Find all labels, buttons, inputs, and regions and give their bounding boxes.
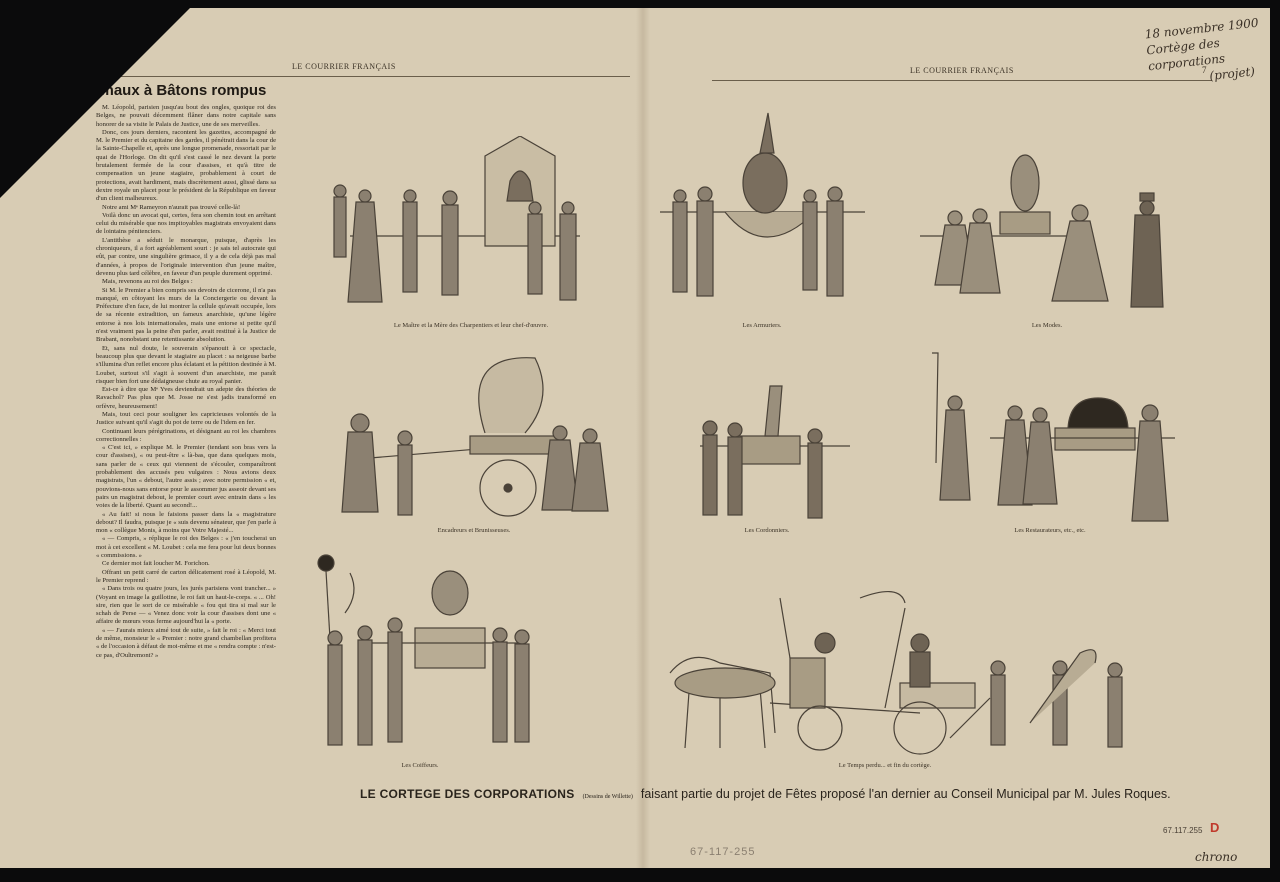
article-paragraph: Continuant leurs pérégrinations, et dési… bbox=[96, 428, 276, 445]
banner-title: LE CORTEGE DES CORPORATIONS bbox=[360, 787, 575, 801]
boot-procession-icon bbox=[690, 378, 860, 528]
article-paragraph: Notre ami Mᵉ Rameyron n'aurait pas trouv… bbox=[96, 204, 276, 212]
handwritten-note-bottom: chrono bbox=[1195, 850, 1237, 864]
armor-procession-icon bbox=[655, 108, 875, 308]
red-mark: D bbox=[1210, 820, 1219, 835]
newspaper-spread: LE COURRIER FRANÇAIS LE COURRIER FRANÇAI… bbox=[0, 8, 1270, 868]
hairdresser-procession-icon bbox=[310, 553, 540, 758]
torn-corner bbox=[0, 8, 190, 198]
article-paragraph: « — J'aurais mieux aimé tout de suite, »… bbox=[96, 627, 276, 660]
frame-cart-icon bbox=[310, 348, 620, 523]
right-page-header: LE COURRIER FRANÇAIS bbox=[910, 66, 1014, 75]
pencil-inventory-number: 67-117-255 bbox=[690, 846, 755, 858]
left-page-header: LE COURRIER FRANÇAIS bbox=[292, 62, 396, 71]
article-paragraph: Est-ce à dire que Mᵉ Yves deviendrait un… bbox=[96, 386, 276, 411]
caption-fashion: Les Modes. bbox=[1032, 322, 1062, 329]
bell-procession-icon bbox=[310, 136, 610, 316]
article-paragraph: Ce dernier mot fait loucher M. Forichon. bbox=[96, 560, 276, 568]
cortege-banner: LE CORTEGE DES CORPORATIONS (Dessins de … bbox=[360, 785, 1171, 803]
caption-restaurateurs: Les Restaurateurs, etc., etc. bbox=[1014, 527, 1085, 534]
right-header-rule bbox=[712, 80, 1212, 81]
caption-time-lost: Le Temps perdu... et fin du cortège. bbox=[839, 762, 932, 769]
inventory-stamp: 67.117.255 bbox=[1163, 826, 1202, 835]
caption-armorers: Les Armuriers. bbox=[743, 322, 782, 329]
article-paragraph: « Au fait! si nous le faisions passer da… bbox=[96, 511, 276, 536]
article-paragraph: Si M. le Premier a bien compris ses devo… bbox=[96, 287, 276, 345]
article-paragraph: « — Compris, » réplique le roi des Belge… bbox=[96, 535, 276, 560]
caption-carpenters: Le Maître et la Mère des Charpentiers et… bbox=[394, 322, 548, 329]
handwritten-note-top: 18 novembre 1900 Cortège des corporation… bbox=[1144, 14, 1273, 91]
fashion-procession-icon bbox=[920, 138, 1180, 318]
center-fold bbox=[636, 8, 650, 868]
article-paragraph: Mais, revenons au roi des Belges : bbox=[96, 278, 276, 286]
article-paragraph: Offrant un petit carré de carton délicat… bbox=[96, 569, 276, 586]
article-paragraph: Mais, tout ceci pour souligner les capri… bbox=[96, 411, 276, 428]
banner-credit: (Dessins de Willette) bbox=[583, 794, 633, 800]
banner-text: faisant partie du projet de Fêtes propos… bbox=[641, 787, 1171, 801]
caption-framers: Encadreurs et Brunisseuses. bbox=[438, 527, 511, 534]
caption-shoemakers: Les Cordonniers. bbox=[745, 527, 790, 534]
article-paragraph: Et, sans nul doute, le souverain s'épano… bbox=[96, 345, 276, 386]
pot-procession-icon bbox=[920, 343, 1180, 528]
article-paragraph: L'antithèse a séduit le monarque, puisqu… bbox=[96, 237, 276, 278]
carriage-scythe-icon bbox=[660, 588, 1170, 758]
article-paragraph: « C'est ici, » explique M. le Premier (t… bbox=[96, 444, 276, 510]
article-paragraph: Voilà donc un avocat qui, certes, fera s… bbox=[96, 212, 276, 237]
article-paragraph: « Dans trois ou quatre jours, les jurés … bbox=[96, 585, 276, 626]
caption-hairdressers: Les Coiffeurs. bbox=[401, 762, 438, 769]
